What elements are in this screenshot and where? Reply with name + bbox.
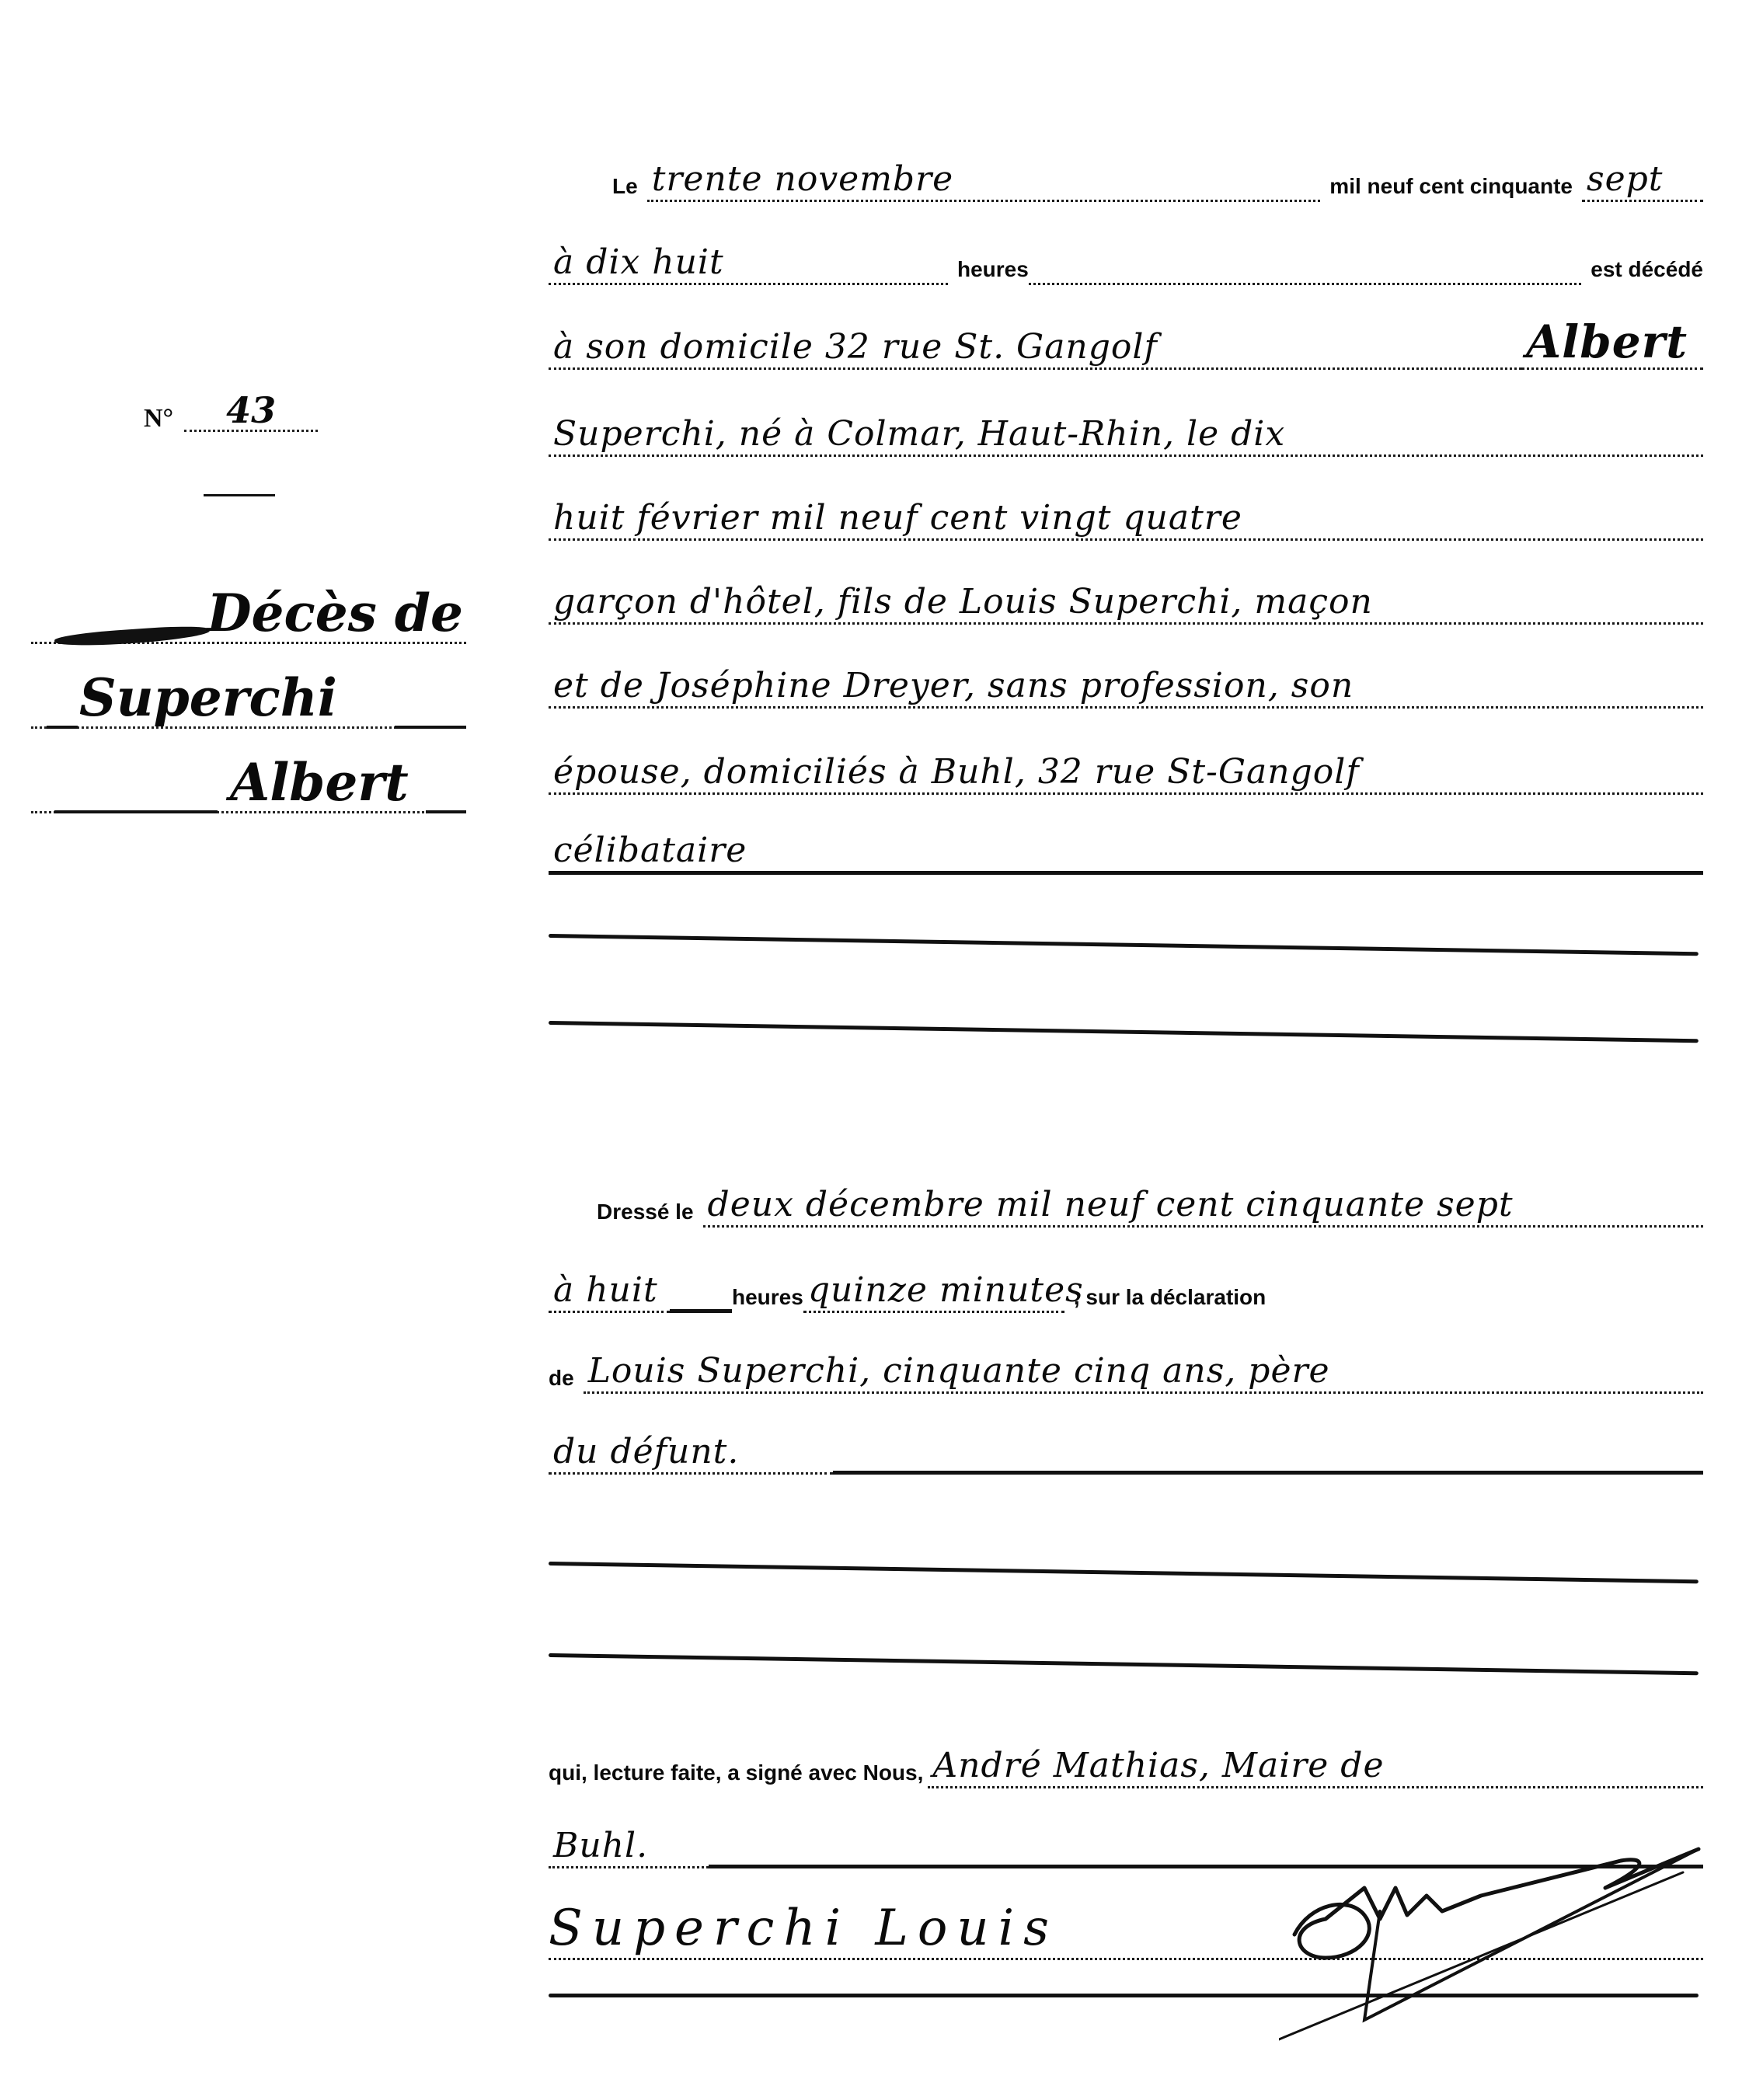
printed-le: Le: [549, 176, 647, 202]
hw-birth-date: huit février mil neuf cent vingt quatre: [549, 501, 1703, 541]
hw-record-date: deux décembre mil neuf cent cinquante se…: [703, 1188, 1703, 1228]
p1-line-9: célibataire: [549, 789, 1703, 875]
p1-line-7: et de Joséphine Dreyer, sans profession,…: [549, 623, 1703, 709]
hw-marital-status: célibataire: [549, 834, 1703, 875]
record-number: N° 43: [144, 382, 318, 432]
p3-line-1: qui, lecture faite, a signé avec Nous, A…: [549, 1703, 1703, 1788]
hw-occupation-father: garçon d'hôtel, fils de Louis Superchi, …: [549, 585, 1703, 625]
blank-line: [549, 1994, 1699, 1997]
margin-title-line-2: Superchi: [31, 644, 466, 729]
printed-year-prefix: mil neuf cent cinquante: [1320, 176, 1582, 202]
printed-heures: heures: [948, 259, 1029, 285]
p2-line-3: de Louis Superchi, cinquante cinq ans, p…: [549, 1308, 1703, 1394]
p2-line-2: à huit heures quinze minutes , sur la dé…: [549, 1228, 1703, 1313]
blank-line: [549, 934, 1699, 956]
hw-declarant: Louis Superchi, cinquante cinq ans, père: [584, 1354, 1703, 1394]
declarant-signature: Superchi Louis: [549, 1903, 1058, 1953]
hw-death-hour: à dix huit: [549, 246, 948, 285]
p2-line-1: Dressé le deux décembre mil neuf cent ci…: [549, 1142, 1703, 1228]
printed-dresse-le: Dressé le: [549, 1201, 703, 1228]
printed-est-decede: est décédé: [1581, 259, 1703, 285]
record-number-label: N°: [144, 406, 173, 432]
margin-title: Décès de Superchi Albert: [31, 559, 466, 813]
margin-title-line-3: Albert: [31, 729, 466, 813]
record-number-value: 43: [184, 392, 318, 432]
p2-line-4: du défunt.: [549, 1389, 1703, 1475]
margin-divider: [204, 494, 275, 496]
death-record-page: N° 43 Décès de Superchi Albert Le trente…: [0, 0, 1763, 2100]
mayor-signature-icon: [1279, 1841, 1714, 2043]
blank-line: [549, 1021, 1699, 1043]
p1-line-4: Superchi, né à Colmar, Haut-Rhin, le dix: [549, 371, 1703, 457]
p1-line-3: à son domicile 32 rue St. Gangolf Albert: [549, 284, 1703, 370]
p1-line-6: garçon d'hôtel, fils de Louis Superchi, …: [549, 539, 1703, 625]
hw-death-date: trente novembre: [647, 162, 1321, 202]
blank-line: [549, 1562, 1699, 1583]
hw-deceased-first-name: Albert: [1521, 319, 1703, 370]
hw-commune: Buhl.: [549, 1829, 709, 1868]
hw-death-year: sept: [1582, 162, 1703, 202]
hw-record-hour: à huit: [549, 1273, 670, 1313]
hw-relationship: du défunt.: [549, 1435, 833, 1475]
signature-line: Superchi Louis: [549, 1865, 1703, 1960]
hw-deceased-birth: Superchi, né à Colmar, Haut-Rhin, le dix: [549, 417, 1703, 457]
hw-death-place: à son domicile 32 rue St. Gangolf: [549, 330, 1521, 370]
hw-mother: et de Joséphine Dreyer, sans profession,…: [549, 669, 1703, 709]
p1-line-5: huit février mil neuf cent vingt quatre: [549, 455, 1703, 541]
blank-line: [549, 1653, 1699, 1675]
hw-record-minutes: quinze minutes: [803, 1273, 1064, 1313]
p1-line-2: à dix huit heures est décédé: [549, 200, 1703, 285]
p1-line-8: épouse, domiciliés à Buhl, 32 rue St-Gan…: [549, 709, 1703, 795]
p1-line-1: Le trente novembre mil neuf cent cinquan…: [549, 117, 1703, 202]
margin-title-line-1: Décès de: [31, 559, 466, 644]
